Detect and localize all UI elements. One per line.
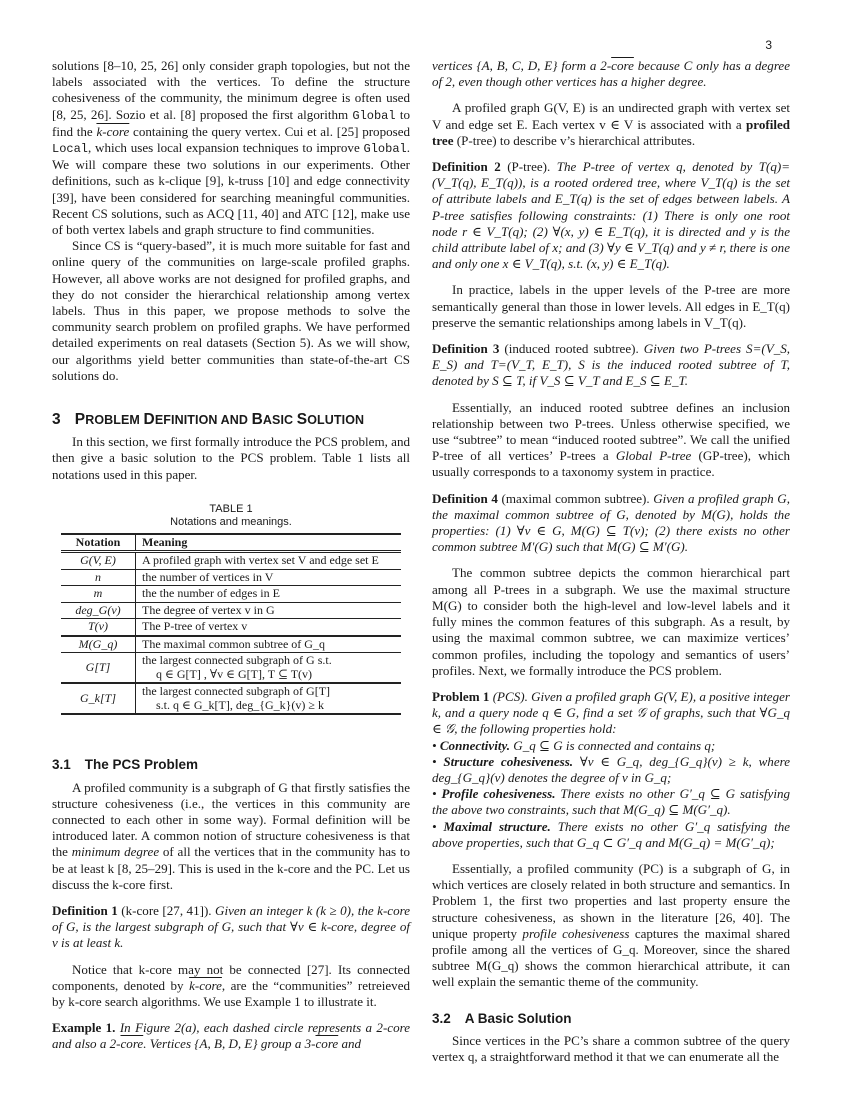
section-3-heading: 3PROBLEM DEFINITION AND BASIC SOLUTION — [52, 412, 410, 428]
paragraph-related-work: solutions [8–10, 25, 26] only consider g… — [52, 58, 410, 238]
table-row: nthe number of vertices in V — [61, 569, 401, 586]
notation-table: Notation Meaning G(V, E)A profiled graph… — [61, 533, 401, 716]
paragraph-profiled-community: A profiled community is a subgraph of G … — [52, 780, 410, 893]
section-number: 3 — [52, 411, 61, 428]
paragraph-cs-query: Since CS is “query-based”, it is much mo… — [52, 238, 410, 384]
property-profile-cohesiveness: • Profile cohesiveness. There exists no … — [432, 786, 790, 818]
paragraph-notice: Notice that k-core may not be connected … — [52, 962, 410, 1011]
table-row: G(V, E)A profiled graph with vertex set … — [61, 552, 401, 570]
table-row: deg_G(v)The degree of vertex v in G — [61, 602, 401, 619]
paragraph-basic-solution: Since vertices in the PC’s share a commo… — [432, 1033, 790, 1065]
section-3-intro: In this section, we first formally intro… — [52, 434, 410, 483]
definition-3: Definition 3 (induced rooted subtree). G… — [432, 341, 790, 390]
header-notation: Notation — [61, 534, 136, 552]
table-label: TABLE 1 — [52, 503, 410, 516]
paragraph-common-subtree: The common subtree depicts the common hi… — [432, 565, 790, 678]
table-row: M(G_q)The maximal common subtree of G_q — [61, 636, 401, 653]
definition-4: Definition 4 (maximal common subtree). G… — [432, 491, 790, 556]
property-connectivity: • Connectivity. G_q ⊆ G is connected and… — [432, 738, 790, 754]
code-global: Global — [352, 109, 395, 123]
table-row: mthe the number of edges in E — [61, 586, 401, 603]
property-structure-cohesiveness: • Structure cohesiveness. ∀v ∈ G_q, deg_… — [432, 754, 790, 786]
definition-2: Definition 2 (P-tree). The P-tree of ver… — [432, 159, 790, 272]
header-meaning: Meaning — [136, 534, 402, 552]
paragraph-essentially-subtree: Essentially, an induced rooted subtree d… — [432, 400, 790, 481]
property-maximal-structure: • Maximal structure. There exists no oth… — [432, 819, 790, 851]
paragraph-practice: In practice, labels in the upper levels … — [432, 282, 790, 331]
paragraph-profiled-graph: A profiled graph G(V, E) is an undirecte… — [432, 100, 790, 149]
kcore-hat-term: k-core — [96, 124, 129, 139]
example-1-continued: vertices {A, B, C, D, E} form a 2-core b… — [432, 58, 790, 90]
paragraph-profiled-community-pc: Essentially, a profiled community (PC) i… — [432, 861, 790, 991]
left-column: solutions [8–10, 25, 26] only consider g… — [52, 58, 410, 1053]
page-number: 3 — [765, 38, 772, 52]
table-caption-text: Notations and meanings. — [52, 516, 410, 529]
right-column: vertices {A, B, C, D, E} form a 2-core b… — [432, 58, 790, 1065]
table-header-row: Notation Meaning — [61, 534, 401, 552]
example-1: Example 1. In Figure 2(a), each dashed c… — [52, 1020, 410, 1052]
table-row: G_k[T]the largest connected subgraph of … — [61, 683, 401, 714]
code-local: Local — [52, 142, 88, 156]
table-row: G[T]the largest connected subgraph of G … — [61, 653, 401, 684]
subsection-3-1-heading: 3.1The PCS Problem — [52, 757, 410, 773]
table-row: T(v)The P-tree of vertex v — [61, 619, 401, 636]
problem-1: Problem 1 (PCS). Given a profiled graph … — [432, 689, 790, 738]
subsection-3-2-heading: 3.2A Basic Solution — [432, 1011, 790, 1027]
table-caption: TABLE 1 Notations and meanings. — [52, 503, 410, 529]
definition-1: Definition 1 (k-core [27, 41]). Given an… — [52, 903, 410, 952]
code-global: Global — [364, 142, 407, 156]
